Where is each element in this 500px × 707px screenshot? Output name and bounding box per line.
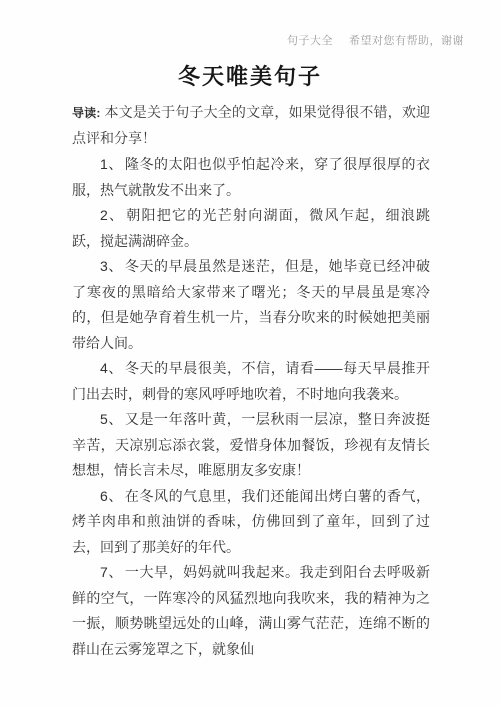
sentence-paragraph-4: 4、冬天的早晨很美，不信，请看——每天早晨推开门出去时，刺骨的寒风呼呼地吹着，不… (72, 356, 430, 407)
sentence-text: 朝阳把它的光芒射向湖面，微风乍起，细浪跳跃，搅起满湖碎金。 (72, 207, 430, 249)
sentence-paragraph-2: 2、朝阳把它的光芒射向湖面，微风乍起，细浪跳跃，搅起满湖碎金。 (72, 203, 430, 254)
sentence-text: 一大早，妈妈就叫我起来。我走到阳台去呼吸新鲜的空气，一阵寒冷的风猛烈地向我吹来，… (72, 564, 430, 657)
sentence-paragraph-1: 1、隆冬的太阳也似乎怕起冷来，穿了很厚很厚的衣服，热气就散发不出来了。 (72, 152, 430, 203)
sentence-number: 3、 (100, 258, 123, 274)
sentence-number: 4、 (100, 360, 123, 376)
page-header: 句子大全希望对您有帮助，谢谢 (287, 32, 464, 48)
intro-text: 本文是关于句子大全的文章，如果觉得很不错，欢迎点评和分享！ (72, 106, 430, 147)
header-site-name: 句子大全 (287, 35, 333, 47)
sentence-paragraph-6: 6、在冬风的气息里，我们还能闻出烤白薯的香气，烤羊肉串和煎油饼的香味，仿佛回到了… (72, 484, 430, 561)
sentence-number: 7、 (100, 564, 123, 580)
sentence-text: 冬天的早晨虽然是迷茫，但是，她毕竟已经冲破了寒夜的黑暗给大家带来了曙光；冬天的早… (72, 258, 430, 351)
intro-paragraph: 导读:本文是关于句子大全的文章，如果觉得很不错，欢迎点评和分享！ (72, 101, 430, 152)
sentence-text: 又是一年落叶黄，一层秋雨一层凉，整日奔波挺辛苦，天凉别忘添衣裳，爱惜身体加餐饭，… (72, 411, 430, 478)
intro-label: 导读: (72, 106, 100, 120)
sentence-paragraph-3: 3、冬天的早晨虽然是迷茫，但是，她毕竟已经冲破了寒夜的黑暗给大家带来了曙光；冬天… (72, 254, 430, 356)
document-page: 句子大全希望对您有帮助，谢谢 冬天唯美句子 导读:本文是关于句子大全的文章，如果… (0, 0, 500, 707)
sentence-text: 在冬风的气息里，我们还能闻出烤白薯的香气，烤羊肉串和煎油饼的香味，仿佛回到了童年… (72, 488, 430, 555)
page-title: 冬天唯美句子 (0, 60, 500, 91)
sentence-number: 2、 (100, 207, 124, 223)
sentence-number: 1、 (100, 156, 123, 172)
header-slogan: 希望对您有帮助，谢谢 (349, 35, 464, 47)
sentence-number: 6、 (100, 488, 123, 504)
sentence-paragraph-5: 5、又是一年落叶黄，一层秋雨一层凉，整日奔波挺辛苦，天凉别忘添衣裳，爱惜身体加餐… (72, 407, 430, 484)
sentence-number: 5、 (100, 411, 123, 427)
sentence-paragraph-7: 7、一大早，妈妈就叫我起来。我走到阳台去呼吸新鲜的空气，一阵寒冷的风猛烈地向我吹… (72, 560, 430, 662)
document-body: 导读:本文是关于句子大全的文章，如果觉得很不错，欢迎点评和分享！ 1、隆冬的太阳… (72, 101, 430, 662)
sentence-text: 隆冬的太阳也似乎怕起冷来，穿了很厚很厚的衣服，热气就散发不出来了。 (72, 156, 430, 198)
sentence-text: 冬天的早晨很美，不信，请看——每天早晨推开门出去时，刺骨的寒风呼呼地吹着，不时地… (72, 360, 430, 402)
